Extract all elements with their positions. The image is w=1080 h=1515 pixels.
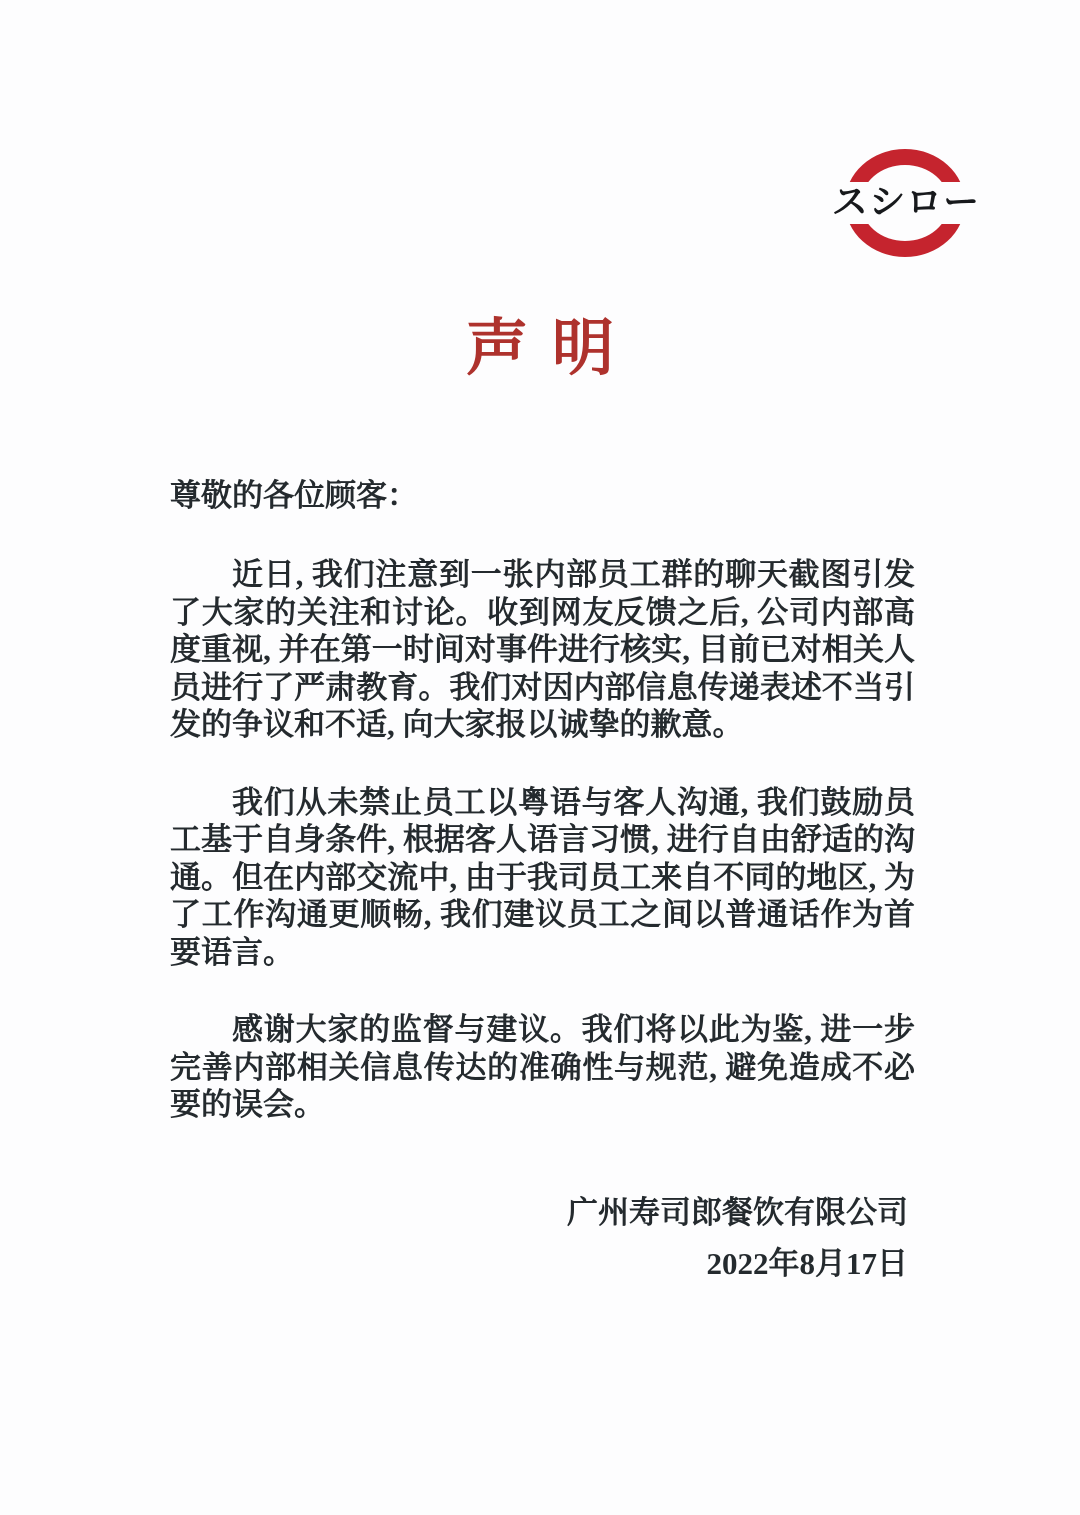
sushiro-logo: スシロー	[833, 146, 987, 264]
company-name: 广州寿司郎餐饮有限公司	[567, 1193, 908, 1233]
sushiro-wordmark: スシロー	[826, 182, 985, 224]
statement-date: 2022年8月17日	[567, 1244, 908, 1284]
statement-document: スシロー 声明 尊敬的各位顾客： 近日, 我们注意到一张内部员工群的聊天截图引发…	[0, 0, 1080, 1515]
statement-paragraph-2: 我们从未禁止员工以粤语与客人沟通, 我们鼓励员工基于自身条件, 根据客人语言习惯…	[170, 784, 915, 972]
page-title: 声明	[466, 316, 638, 382]
greeting-line: 尊敬的各位顾客：	[170, 476, 915, 516]
letter-body: 尊敬的各位顾客： 近日, 我们注意到一张内部员工群的聊天截图引发了大家的关注和讨…	[170, 476, 915, 1124]
statement-paragraph-1: 近日, 我们注意到一张内部员工群的聊天截图引发了大家的关注和讨论。收到网友反馈之…	[170, 556, 915, 744]
signature-block: 广州寿司郎餐饮有限公司 2022年8月17日	[567, 1193, 908, 1284]
statement-paragraph-3: 感谢大家的监督与建议。我们将以此为鉴, 进一步完善内部相关信息传达的准确性与规范…	[170, 1011, 915, 1124]
